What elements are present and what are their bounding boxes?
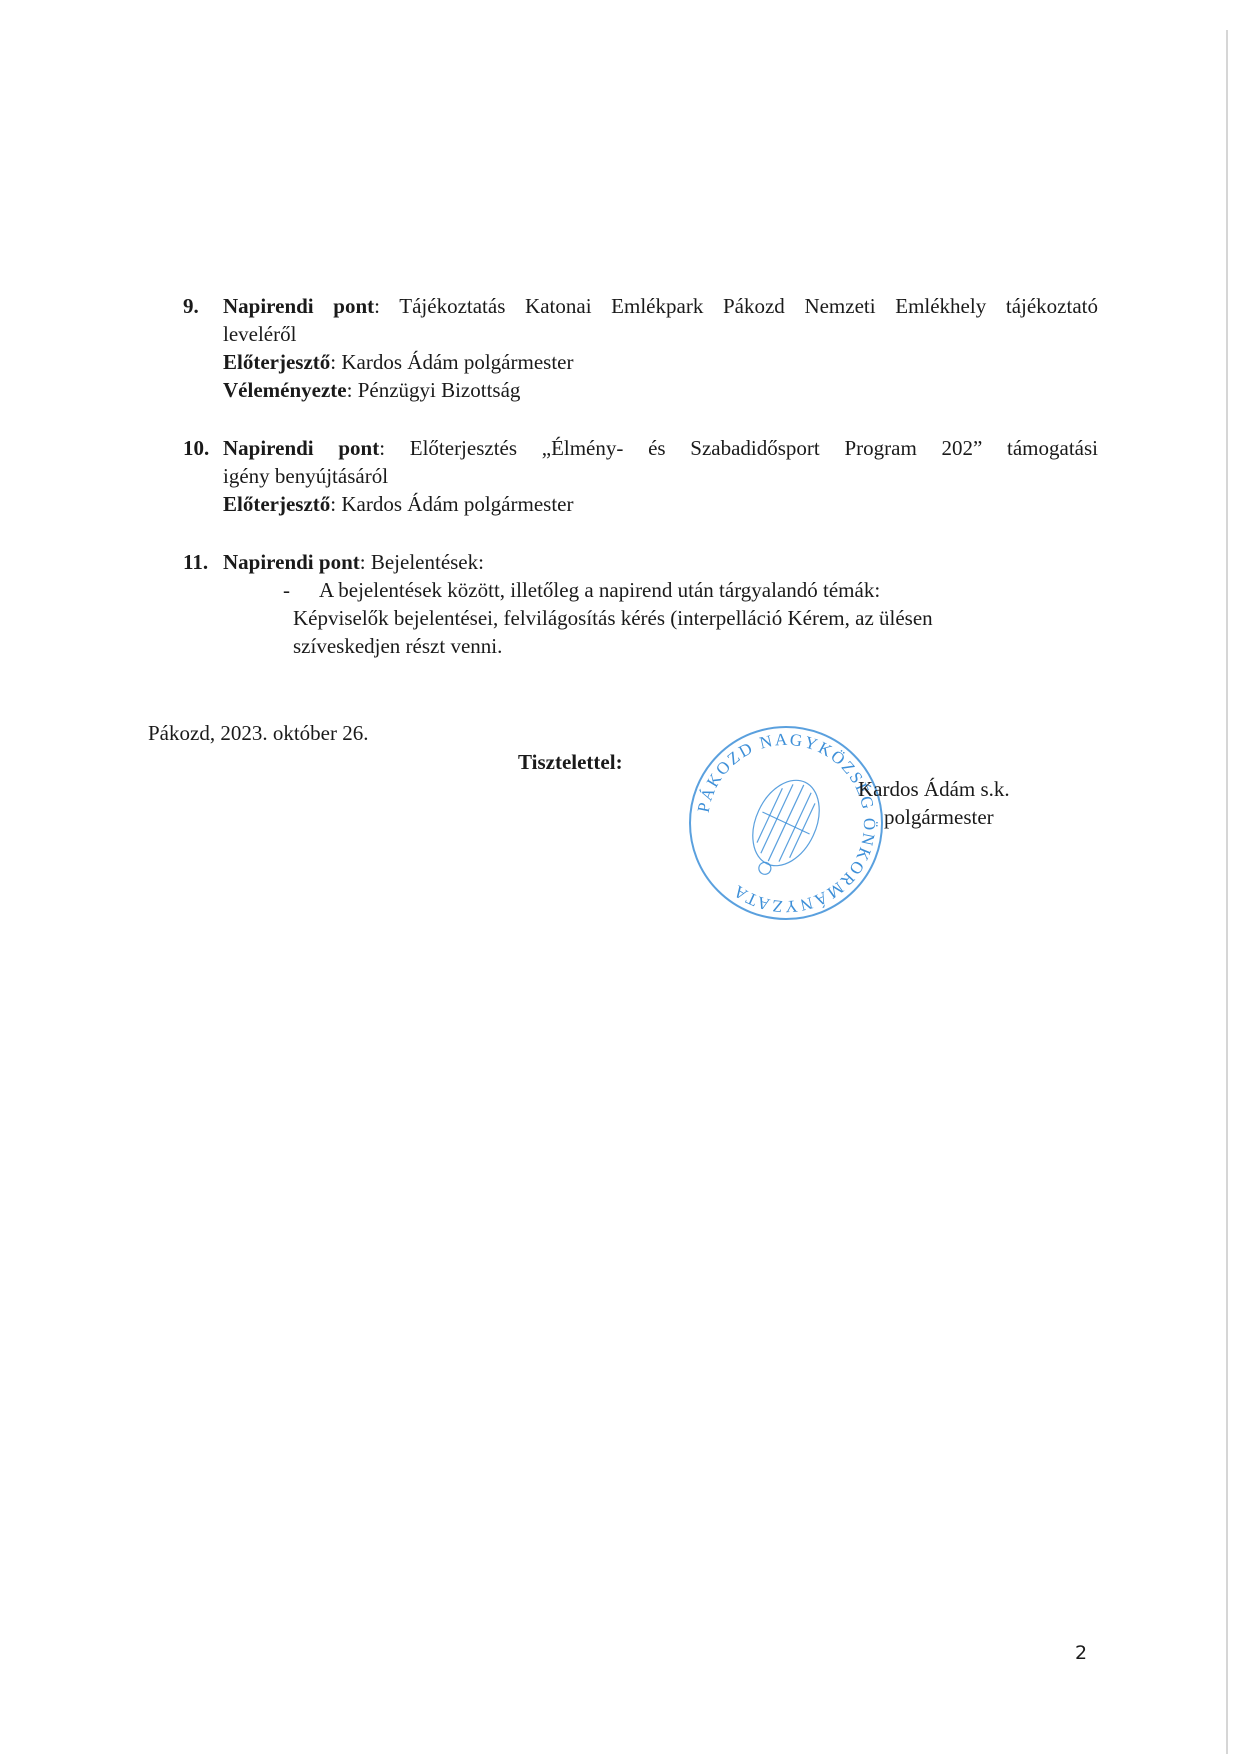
- agenda-number: 10.: [183, 434, 209, 462]
- signer-name: Kardos Ádám s.k.: [858, 775, 1010, 803]
- page-edge-line: [1226, 30, 1228, 1754]
- signature-block: Kardos Ádám s.k. polgármester: [858, 775, 1010, 831]
- announcement-bullet: - A bejelentések között, illetőleg a nap…: [283, 576, 1083, 660]
- agenda-number: 9.: [183, 292, 199, 320]
- agenda-title-line: leveléről: [223, 320, 1098, 348]
- official-stamp-icon: PÁKOZD NAGYKÖZSÉG ÖNKORMÁNYZATA: [686, 723, 886, 923]
- presenter-line: Előterjesztő: Kardos Ádám polgármester: [223, 490, 1098, 518]
- announcement-line: A bejelentések között, illetőleg a napir…: [319, 576, 1083, 604]
- announcement-line: szíveskedjen részt venni.: [293, 632, 1083, 660]
- agenda-title-line: igény benyújtásáról: [223, 462, 1098, 490]
- closing-greeting: Tisztelettel:: [518, 748, 623, 776]
- agenda-item-11: 11. Napirendi pont: Bejelentések:: [183, 548, 1098, 576]
- page-number: 2: [1075, 1642, 1087, 1664]
- presenter-line: Előterjesztő: Kardos Ádám polgármester: [223, 348, 1098, 376]
- agenda-title-line: Napirendi pont: Előterjesztés „Élmény- é…: [223, 434, 1098, 462]
- announcement-line: Képviselők bejelentései, felvilágosítás …: [293, 604, 1083, 632]
- agenda-item-10: 10. Napirendi pont: Előterjesztés „Élmén…: [183, 434, 1098, 518]
- place-date: Pákozd, 2023. október 26.: [148, 719, 368, 747]
- reviewer-line: Véleményezte: Pénzügyi Bizottság: [223, 376, 1098, 404]
- agenda-item-9: 9. Napirendi pont: Tájékoztatás Katonai …: [183, 292, 1098, 404]
- signer-title: polgármester: [868, 803, 1010, 831]
- agenda-title-line: Napirendi pont: Bejelentések:: [223, 548, 1098, 576]
- agenda-title-line: Napirendi pont: Tájékoztatás Katonai Eml…: [223, 292, 1098, 320]
- agenda-number: 11.: [183, 548, 208, 576]
- dash-bullet: -: [283, 576, 290, 604]
